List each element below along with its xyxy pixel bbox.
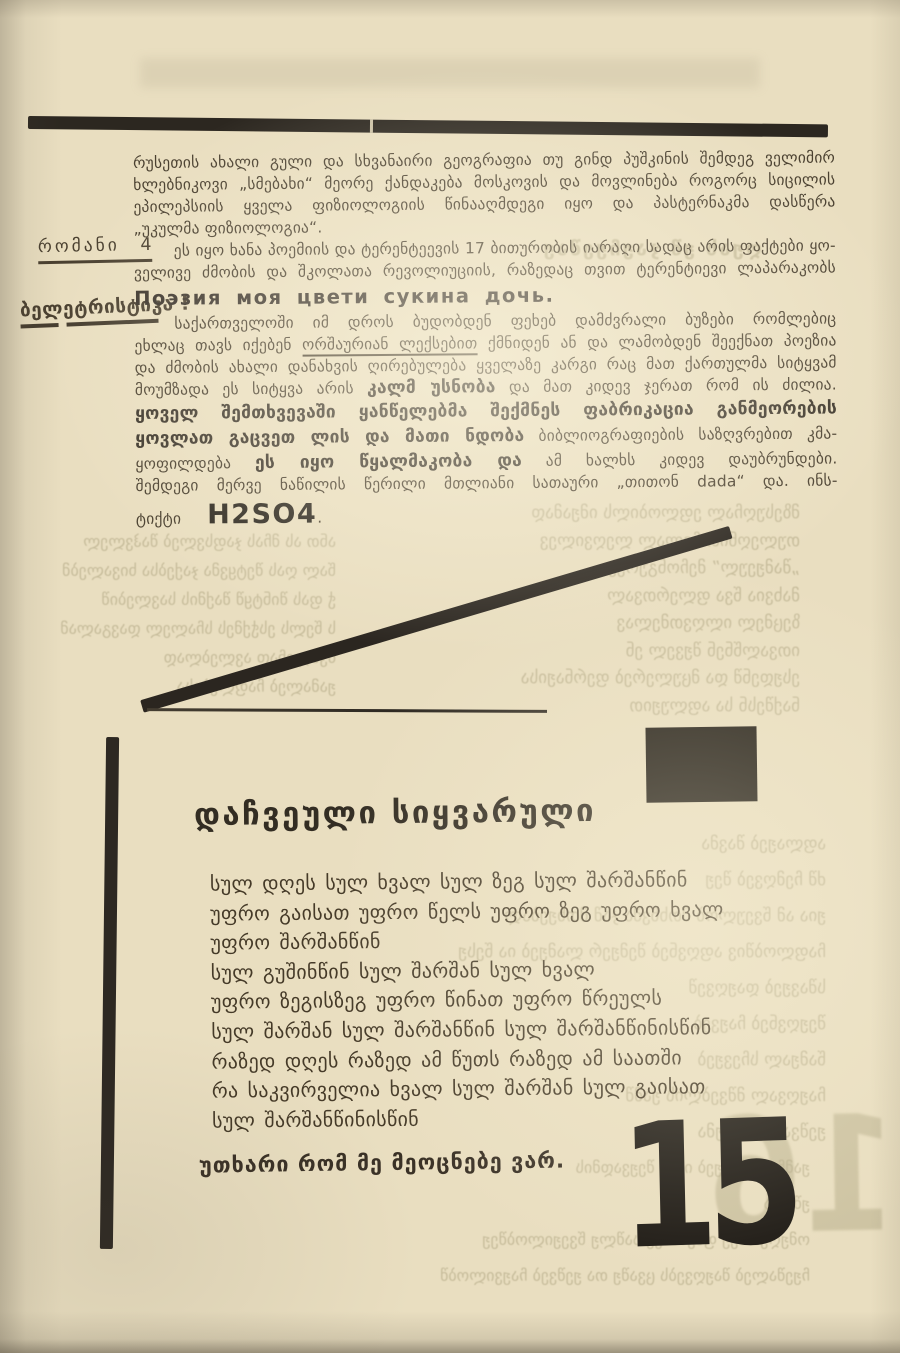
scanned-journal-page: ღჟას ჟშ ჯაჟჩჟეშაჟ მზესუღჩალ ეფლობილს იმჟ…: [0, 0, 900, 1353]
top-rule-bar: [28, 116, 828, 137]
page-number: 15: [618, 1096, 795, 1273]
thin-horizontal-rule: [147, 708, 547, 712]
diagonal-rule-bar: [140, 526, 732, 713]
article-text-block: რუსეთის ახალი გული და სხვანაირი გეოგრაფი…: [133, 147, 838, 537]
text-line: ტიქტიH2SO4.: [136, 493, 838, 538]
show-through-band: [140, 58, 760, 88]
show-through-text: ანთ ას მჩას ჯაფსვლებ შაჰვლელწალ ღას შეტყ…: [16, 527, 336, 701]
show-through-line: ს წელს ესჭქმეს სჩალელ დავგალამ: [16, 614, 336, 643]
rule-break: [370, 120, 373, 133]
show-through-line: აფლაჟებ შავმა: [356, 826, 826, 862]
poem-closing-line: უთხარი რომ მე მეოცნებე ვარ.: [199, 1148, 565, 1178]
poem-line: უფრო გაისათ უფრო წელს უფრო ზეგ უფრო ხვალ: [210, 894, 800, 929]
show-through-line: წალ ღას შეტყვმა ჯაქებსა ხივალებმ: [16, 556, 336, 585]
poem-left-rule-bar: [100, 737, 119, 1249]
show-through-line: ითვალწნენ შჟველ ენ: [468, 638, 800, 666]
show-through-line: ზეცმელ ილღვთმელავ: [468, 610, 800, 638]
show-through-line: ჭ ფას შინტყშ შაქმის სავლებიშ: [16, 585, 336, 614]
poem-title: დაჩვეული სიყვარული: [194, 793, 596, 833]
show-through-line: ესჟდენშ და მცულერებ ფერნაჟისა: [468, 665, 800, 693]
black-square-ornament: [645, 726, 757, 803]
show-through-line: ნაქშესნ სა აფლუჟით: [468, 693, 800, 721]
